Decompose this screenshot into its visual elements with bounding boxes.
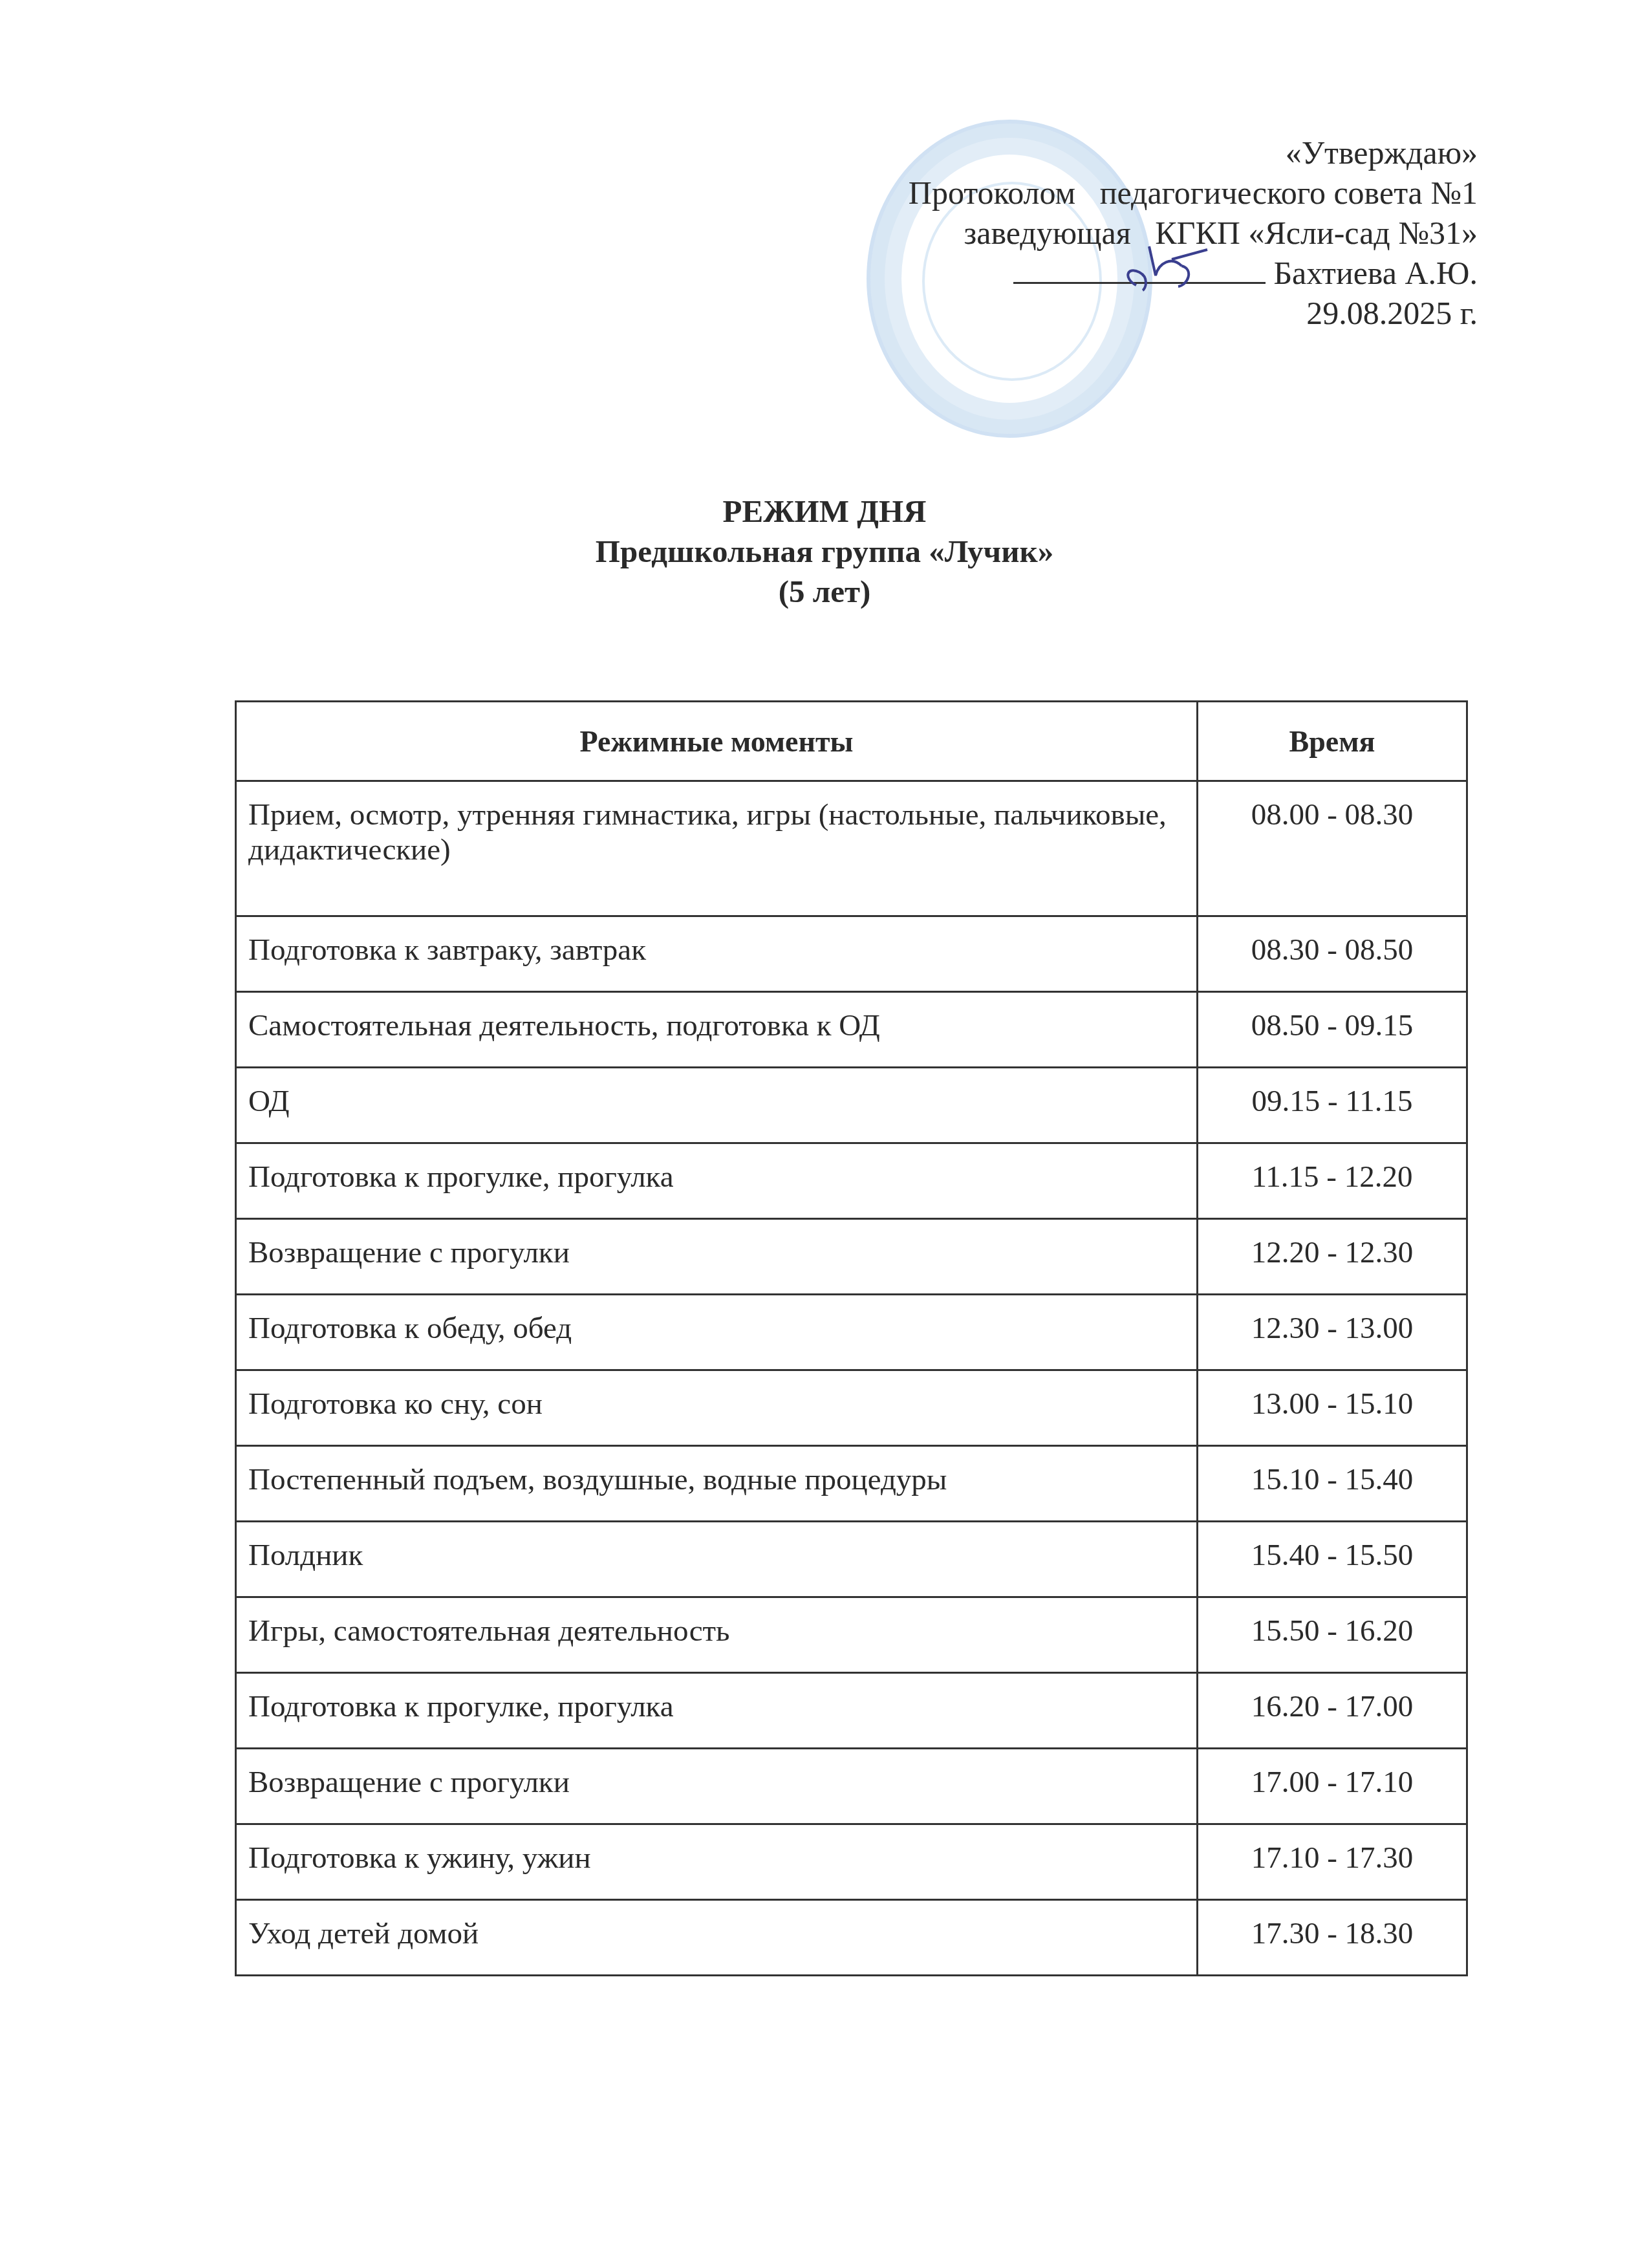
table-row: Подготовка к обеду, обед12.30 - 13.00 [236, 1295, 1467, 1370]
moment-cell: Возвращение с прогулки [236, 1219, 1198, 1295]
time-cell: 17.10 - 17.30 [1198, 1824, 1467, 1900]
table-row: Возвращение с прогулки17.00 - 17.10 [236, 1749, 1467, 1824]
table-row: Прием, осмотр, утренняя гимнастика, игры… [236, 781, 1467, 916]
schedule-table: Режимные моменты Время Прием, осмотр, ут… [235, 700, 1468, 1976]
time-cell: 15.10 - 15.40 [1198, 1446, 1467, 1522]
table-row: Игры, самостоятельная деятельность15.50 … [236, 1597, 1467, 1673]
moment-cell: Подготовка ко сну, сон [236, 1370, 1198, 1446]
header-time: Время [1198, 702, 1467, 781]
time-cell: 13.00 - 15.10 [1198, 1370, 1467, 1446]
approval-block: «Утверждаю» Протоколом педагогического с… [909, 133, 1478, 333]
signature-icon [1110, 240, 1240, 292]
signatory-name: Бахтиева А.Ю. [1273, 255, 1478, 291]
moment-cell: Постепенный подъем, воздушные, водные пр… [236, 1446, 1198, 1522]
table-row: Уход детей домой17.30 - 18.30 [236, 1900, 1467, 1976]
signature-line [1013, 256, 1266, 284]
title-main: РЕЖИМ ДНЯ [0, 491, 1649, 532]
moment-cell: Подготовка к прогулке, прогулка [236, 1143, 1198, 1219]
header-moments: Режимные моменты [236, 702, 1198, 781]
moment-cell: Уход детей домой [236, 1900, 1198, 1976]
time-cell: 17.30 - 18.30 [1198, 1900, 1467, 1976]
approval-signatory: Бахтиева А.Ю. [909, 253, 1478, 293]
table-row: Возвращение с прогулки12.20 - 12.30 [236, 1219, 1467, 1295]
time-cell: 15.50 - 16.20 [1198, 1597, 1467, 1673]
title-group: Предшкольная группа «Лучик» [0, 532, 1649, 572]
table-row: Подготовка к прогулке, прогулка11.15 - 1… [236, 1143, 1467, 1219]
moment-cell: Полдник [236, 1522, 1198, 1597]
time-cell: 12.20 - 12.30 [1198, 1219, 1467, 1295]
time-cell: 17.00 - 17.10 [1198, 1749, 1467, 1824]
moment-cell: Подготовка к прогулке, прогулка [236, 1673, 1198, 1749]
table-row: Постепенный подъем, воздушные, водные пр… [236, 1446, 1467, 1522]
document-title: РЕЖИМ ДНЯ Предшкольная группа «Лучик» (5… [0, 491, 1649, 612]
moment-cell: Подготовка к ужину, ужин [236, 1824, 1198, 1900]
title-age: (5 лет) [0, 572, 1649, 612]
moment-cell: Подготовка к завтраку, завтрак [236, 916, 1198, 992]
time-cell: 11.15 - 12.20 [1198, 1143, 1467, 1219]
moment-cell: Подготовка к обеду, обед [236, 1295, 1198, 1370]
time-cell: 12.30 - 13.00 [1198, 1295, 1467, 1370]
time-cell: 09.15 - 11.15 [1198, 1068, 1467, 1143]
time-cell: 08.50 - 09.15 [1198, 992, 1467, 1068]
time-cell: 16.20 - 17.00 [1198, 1673, 1467, 1749]
approval-protocol: Протоколом педагогического совета №1 [909, 173, 1478, 213]
table-row: Подготовка к завтраку, завтрак08.30 - 08… [236, 916, 1467, 992]
moment-cell: Прием, осмотр, утренняя гимнастика, игры… [236, 781, 1198, 916]
table-row: ОД09.15 - 11.15 [236, 1068, 1467, 1143]
approval-date: 29.08.2025 г. [909, 293, 1478, 333]
table-row: Полдник15.40 - 15.50 [236, 1522, 1467, 1597]
moment-cell: ОД [236, 1068, 1198, 1143]
table-header-row: Режимные моменты Время [236, 702, 1467, 781]
approval-heading: «Утверждаю» [909, 133, 1478, 173]
time-cell: 15.40 - 15.50 [1198, 1522, 1467, 1597]
moment-cell: Игры, самостоятельная деятельность [236, 1597, 1198, 1673]
time-cell: 08.30 - 08.50 [1198, 916, 1467, 992]
moment-cell: Самостоятельная деятельность, подготовка… [236, 992, 1198, 1068]
moment-cell: Возвращение с прогулки [236, 1749, 1198, 1824]
table-row: Самостоятельная деятельность, подготовка… [236, 992, 1467, 1068]
table-row: Подготовка ко сну, сон13.00 - 15.10 [236, 1370, 1467, 1446]
time-cell: 08.00 - 08.30 [1198, 781, 1467, 916]
table-row: Подготовка к ужину, ужин17.10 - 17.30 [236, 1824, 1467, 1900]
table-row: Подготовка к прогулке, прогулка16.20 - 1… [236, 1673, 1467, 1749]
